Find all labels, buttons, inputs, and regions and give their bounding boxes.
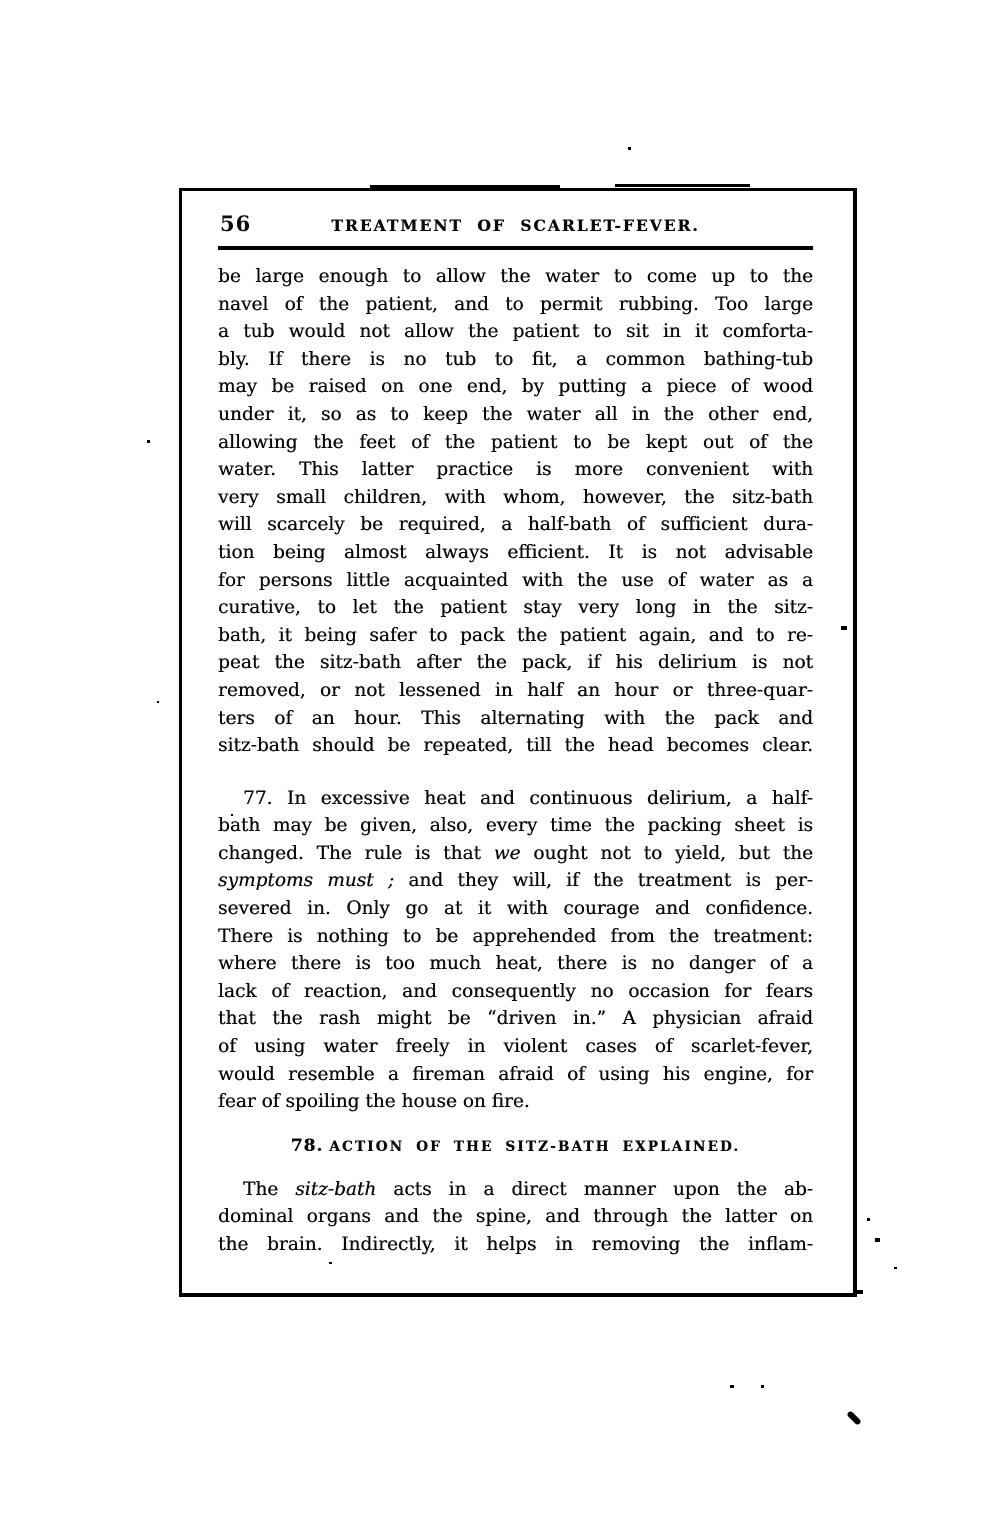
ink-speck: [628, 147, 631, 150]
page-header: 56 TREATMENT OF SCARLET-FEVER.: [218, 211, 813, 237]
ink-smudge-diagonal: [846, 1410, 862, 1426]
text-line: would resemble a fireman afraid of using…: [218, 1061, 813, 1089]
ink-speck: [867, 1218, 870, 1221]
header-rule: [218, 246, 813, 250]
text-line: will scarcely be required, a half-bath o…: [218, 511, 813, 539]
text-line: peat the sitz-bath after the pack, if hi…: [218, 649, 813, 677]
text-line: allowing the feet of the patient to be k…: [218, 429, 813, 457]
ink-speck: [761, 1385, 764, 1388]
text-line: water. This latter practice is more conv…: [218, 456, 813, 484]
text-line: a tub would not allow the patient to sit…: [218, 318, 813, 346]
ink-speck: [157, 701, 159, 703]
scanned-book-page: { "colors": { "ink": "#0a0a0a", "paper":…: [0, 0, 1004, 1529]
text-line: curative, to let the patient stay very l…: [218, 594, 813, 622]
text-line: ters of an hour. This alternating with t…: [218, 705, 813, 733]
ink-speck: [730, 1385, 734, 1388]
text-line: the brain. Indirectly, it helps in remov…: [218, 1231, 813, 1259]
ink-speck: [875, 1238, 880, 1242]
text-line: be large enough to allow the water to co…: [218, 263, 813, 291]
ink-speck: [329, 1262, 332, 1264]
text-line: very small children, with whom, however,…: [218, 484, 813, 512]
text-line: 77. In excessive heat and continuous del…: [218, 785, 813, 813]
text-line: for persons little acquainted with the u…: [218, 567, 813, 595]
border-artifact-line: [853, 1290, 863, 1294]
border-artifact-line: [370, 185, 560, 188]
text-line: lack of reaction, and consequently no oc…: [218, 978, 813, 1006]
ink-speck: [147, 440, 150, 443]
text-line: may be raised on one end, by putting a p…: [218, 373, 813, 401]
text-line: tion being almost always efficient. It i…: [218, 539, 813, 567]
page-border-box: 56 TREATMENT OF SCARLET-FEVER. be large …: [179, 188, 857, 1297]
paragraph-77: 77. In excessive heat and continuous del…: [218, 785, 813, 1116]
text-line: The sitz-bath acts in a direct manner up…: [218, 1176, 813, 1204]
text-line: severed in. Only go at it with courage a…: [218, 895, 813, 923]
text-line: bath, it being safer to pack the patient…: [218, 622, 813, 650]
text-line: dominal organs and the spine, and throug…: [218, 1203, 813, 1231]
text-line: sitz-bath should be repeated, till the h…: [218, 732, 813, 760]
text-line: removed, or not lessened in half an hour…: [218, 677, 813, 705]
page-text: be large enough to allow the water to co…: [218, 263, 813, 1259]
text-line: There is nothing to be apprehended from …: [218, 923, 813, 951]
text-line: fear of spoiling the house on fire.: [218, 1088, 813, 1116]
text-line: of using water freely in violent cases o…: [218, 1033, 813, 1061]
ink-speck: [841, 626, 847, 630]
text-line: changed. The rule is that we ought not t…: [218, 840, 813, 868]
running-title: TREATMENT OF SCARLET-FEVER.: [218, 211, 813, 235]
paragraph-78: The sitz-bath acts in a direct manner up…: [218, 1176, 813, 1259]
ink-speck: [894, 1267, 897, 1269]
text-line: under it, so as to keep the water all in…: [218, 401, 813, 429]
text-line: navel of the patient, and to permit rubb…: [218, 291, 813, 319]
page-number: 56: [220, 211, 251, 236]
border-artifact-line: [615, 184, 750, 187]
text-line: that the rash might be “driven in.” A ph…: [218, 1005, 813, 1033]
text-line: where there is too much heat, there is n…: [218, 950, 813, 978]
paragraph-continuation: be large enough to allow the water to co…: [218, 263, 813, 760]
text-line: symptoms must ; and they will, if the tr…: [218, 867, 813, 895]
section-title: ACTION OF THE SITZ-BATH EXPLAINED.: [329, 1139, 740, 1155]
ink-speck: [231, 814, 233, 816]
section-number: 78.: [291, 1136, 324, 1156]
text-line: bly. If there is no tub to fit, a common…: [218, 346, 813, 374]
section-heading-78: 78.ACTION OF THE SITZ-BATH EXPLAINED.: [218, 1135, 813, 1156]
text-line: bath may be given, also, every time the …: [218, 812, 813, 840]
